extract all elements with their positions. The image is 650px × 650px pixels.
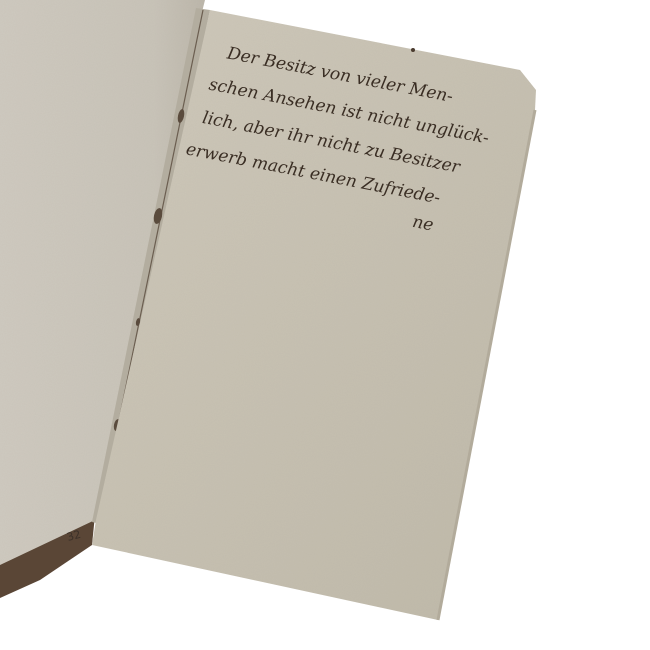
handwriting-line: ne <box>411 212 435 236</box>
ink-spot <box>411 48 415 52</box>
book-photo: 32 Der Besitz von vieler Men- schen Anse… <box>0 0 650 650</box>
book-illustration: 32 Der Besitz von vieler Men- schen Anse… <box>0 0 650 650</box>
